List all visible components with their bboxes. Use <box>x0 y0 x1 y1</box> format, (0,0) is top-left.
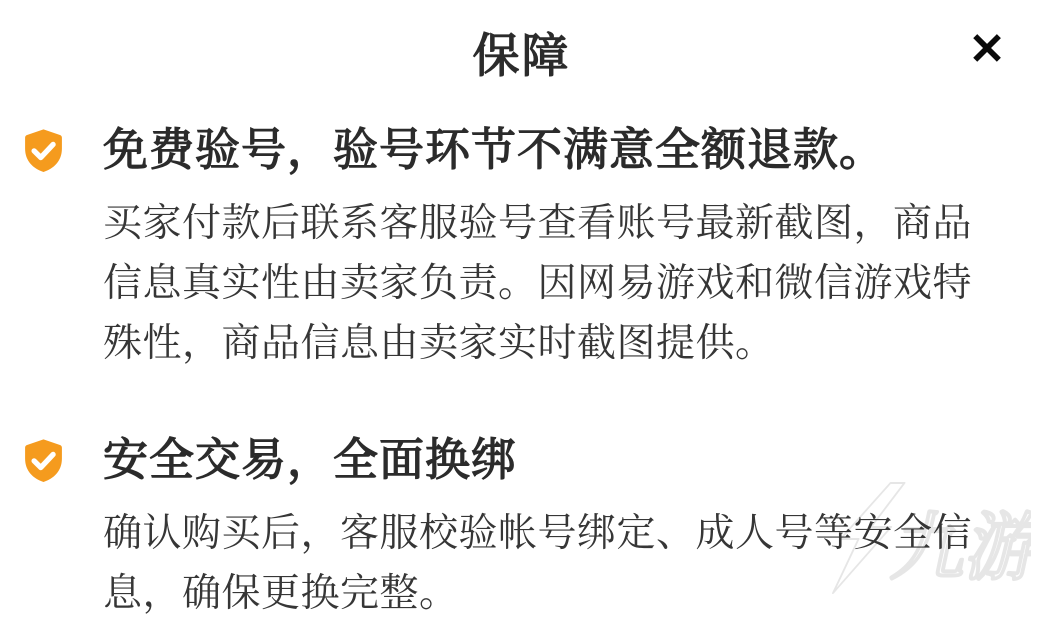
shield-check-icon <box>20 127 67 174</box>
guarantee-item-content: 免费验号，验号环节不满意全额退款。 买家付款后联系客服验号查看账号最新截图，商品… <box>103 122 987 374</box>
guarantee-dialog: 保障 ✕ 免费验号，验号环节不满意全额退款。 买家付款后联系客服验号查看账号最新… <box>0 0 1043 625</box>
guarantee-item-heading: 安全交易，全面换绑 <box>103 432 987 488</box>
guarantee-item-heading: 免费验号，验号环节不满意全额退款。 <box>103 122 987 178</box>
shield-check-icon <box>20 437 67 484</box>
guarantee-item-content: 安全交易，全面换绑 确认购买后，客服校验帐号绑定、成人号等安全信息，确保更换完整… <box>103 432 987 624</box>
guarantee-item-free-verification: 免费验号，验号环节不满意全额退款。 买家付款后联系客服验号查看账号最新截图，商品… <box>0 122 1043 374</box>
close-icon: ✕ <box>969 25 1006 74</box>
guarantee-item-safe-trade: 安全交易，全面换绑 确认购买后，客服校验帐号绑定、成人号等安全信息，确保更换完整… <box>0 432 1043 624</box>
guarantee-item-description: 确认购买后，客服校验帐号绑定、成人号等安全信息，确保更换完整。 <box>103 504 987 624</box>
close-button[interactable]: ✕ <box>959 22 1015 78</box>
dialog-header: 保障 ✕ <box>0 0 1043 92</box>
guarantee-item-description: 买家付款后联系客服验号查看账号最新截图，商品信息真实性由卖家负责。因网易游戏和微… <box>103 194 987 374</box>
page-title: 保障 <box>0 28 1043 84</box>
